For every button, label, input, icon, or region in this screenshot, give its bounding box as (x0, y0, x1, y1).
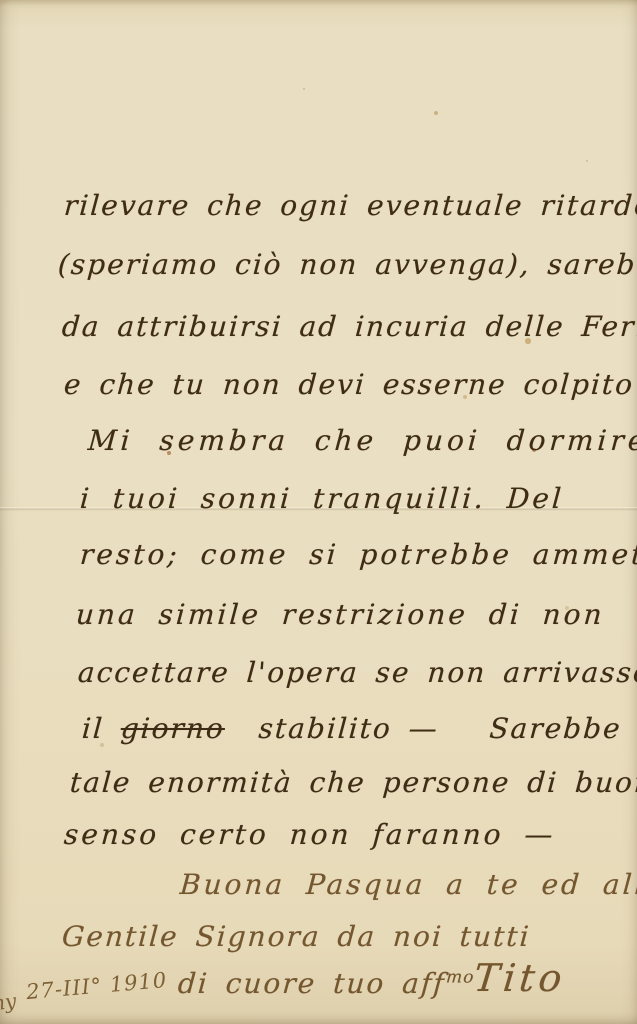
struck-line-pre: il (81, 712, 122, 745)
letter-line-closing: Gentile Signora da noi tutti (61, 921, 532, 953)
date-annotation: 27-III° 1910 (25, 968, 168, 1004)
letter-line: Mi sembra che puoi dormire (87, 425, 637, 457)
letter-line: una simile restrizione di non (75, 599, 606, 631)
paper-speckles (0, 0, 2, 2)
letter-line-with-strikethrough: il giorno stabilito — Sarebbe una (81, 713, 637, 745)
valediction: di cuore tuo affmo (177, 968, 475, 1000)
letter-line: tale enormità che persone di buon (69, 767, 637, 799)
valediction-text: di cuore tuo aff (177, 967, 447, 1000)
letter-line: (speriamo ciò non avvenga), sarebbe (57, 249, 637, 281)
struck-word: giorno (120, 712, 226, 745)
letter-line: e che tu non devi esserne colpito — (63, 369, 637, 401)
valediction-superscript: mo (445, 968, 475, 988)
letter-line: da attribuirsi ad incuria delle Ferrovie (61, 311, 637, 343)
signature: Tito (472, 956, 568, 1000)
edge-fragment: ny (0, 988, 18, 1015)
letter-line: rilevare che ogni eventuale ritardo (63, 190, 637, 222)
struck-line-post: stabilito — Sarebbe una (224, 712, 637, 745)
letter-line-closing: Buona Pasqua a te ed alla (179, 869, 637, 901)
letter-line: i tuoi sonni tranquilli. Del (79, 483, 565, 515)
letter-line: accettare l'opera se non arrivasse, (77, 657, 637, 689)
letter-line: resto; come si potrebbe ammettere (79, 539, 637, 571)
letter-page: rilevare che ogni eventuale ritardo (spe… (0, 0, 637, 1024)
letter-line: senso certo non faranno — (63, 819, 557, 851)
